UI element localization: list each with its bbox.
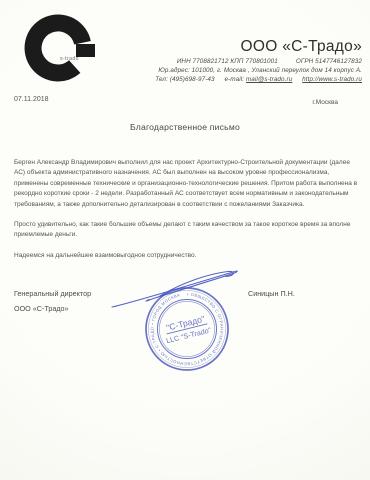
company-registration-line: ИНН 7708821712 КПП 770801001ОГРН 5147746… xyxy=(155,57,362,66)
signature-stroke-main xyxy=(112,271,237,307)
signer-name: Синицын П.Н. xyxy=(248,289,295,298)
letter-date: 07.11.2018 xyxy=(14,96,49,103)
scanned-letter-page: s-trado ООО «С-Традо» ИНН 7708821712 КПП… xyxy=(0,0,370,480)
handwritten-signature xyxy=(98,258,253,320)
letter-body: Берген Александр Владимирович выполнил д… xyxy=(14,158,361,271)
website-link: http://www.s-trado.ru xyxy=(302,76,362,83)
signer-position: Генеральный директор ООО «С-Традо» xyxy=(14,286,91,316)
company-name: ООО «С-Традо» xyxy=(241,38,362,56)
email-label: e-mail: xyxy=(224,76,244,83)
letter-title: Благодарственное письмо xyxy=(0,122,370,132)
letter-city: г.Москва xyxy=(312,99,338,106)
company-address-line: Юр.адрес: 101000, г. Москва , Уланский п… xyxy=(155,66,362,75)
logo-wordmark: s-trado xyxy=(60,56,79,62)
inn-kpp: ИНН 7708821712 КПП 770801001 xyxy=(177,58,278,65)
company-details: ИНН 7708821712 КПП 770801001ОГРН 5147746… xyxy=(155,57,362,84)
phone: Тел: (495)698-97-43 xyxy=(155,76,214,83)
paragraph-1: Берген Александр Владимирович выполнил д… xyxy=(14,158,361,210)
logo-ring-shape xyxy=(33,23,82,73)
ogrn: ОГРН 5147746127832 xyxy=(296,58,362,65)
paragraph-2: Просто удивительно, как такие большие об… xyxy=(14,220,361,241)
company-logo: s-trado xyxy=(22,12,100,86)
signer-position-line1: Генеральный директор xyxy=(14,286,91,301)
signer-position-line2: ООО «С-Традо» xyxy=(14,301,91,316)
email-link: mail@s-trado.ru xyxy=(246,76,292,83)
company-contacts-line: Тел: (495)698-97-43 e-mail: mail@s-trado… xyxy=(155,75,362,84)
